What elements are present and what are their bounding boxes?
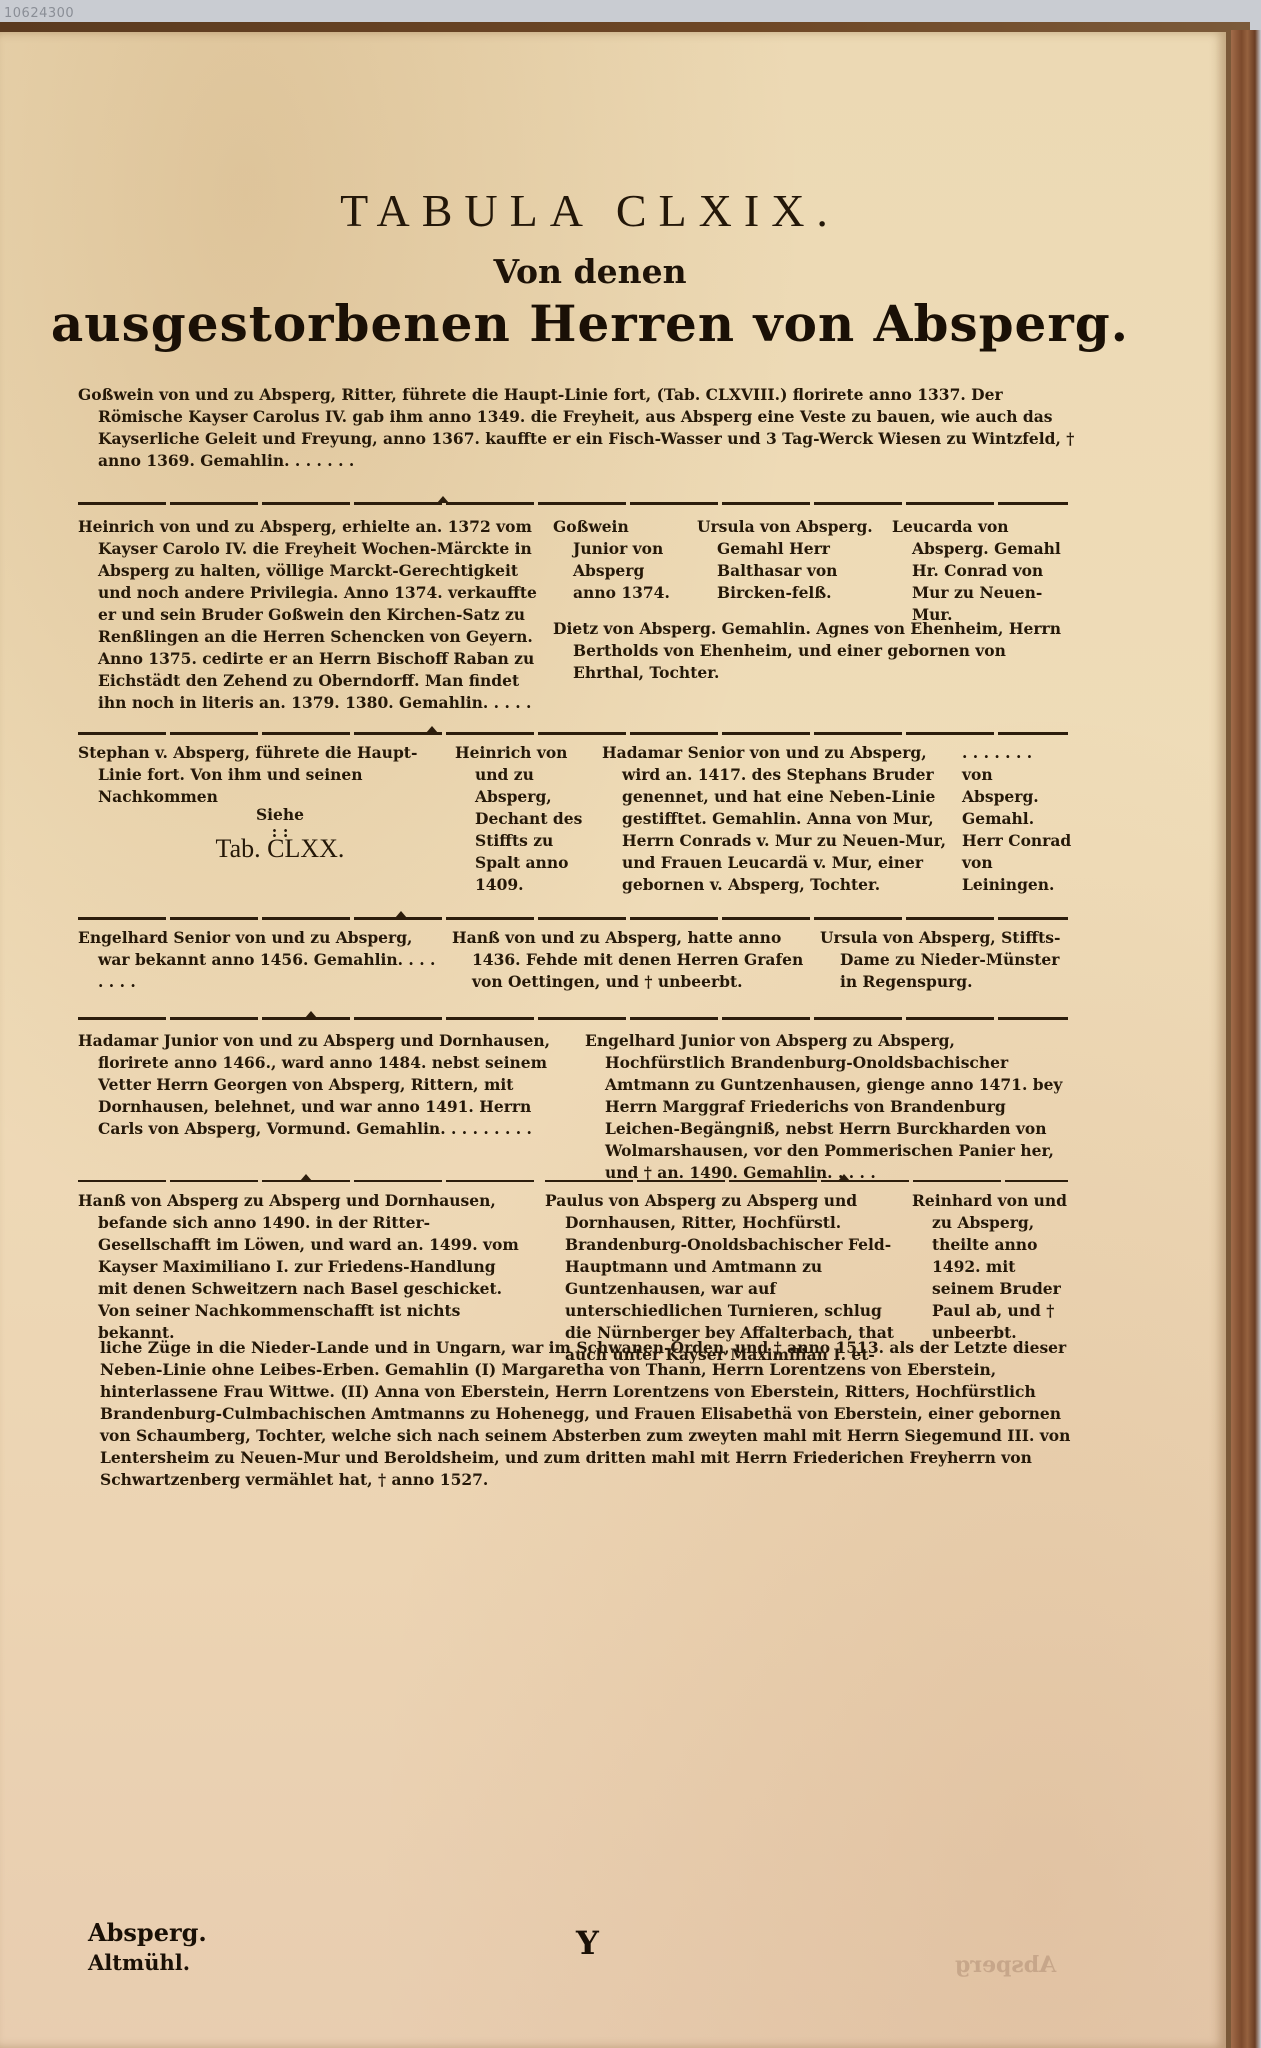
entry-engelhard-junior: Engelhard Junior von Absperg zu Absperg,… — [585, 1030, 1075, 1184]
entry-hadamar-senior: Hadamar Senior von und zu Absperg, wird … — [602, 742, 952, 896]
title-subtitle: Von denen — [0, 252, 1180, 291]
entry-stephan: Stephan v. Absperg, führete die Haupt-Li… — [78, 742, 438, 808]
entry-ursula-stifftsdame: Ursula von Absperg, Stiffts-Dame zu Nied… — [820, 927, 1080, 993]
entry-heinrich-dechant: Heinrich von und zu Absperg, Dechant des… — [455, 742, 583, 896]
generation-rule — [78, 1017, 1068, 1020]
catchword-altmuehl: Altmühl. — [88, 1948, 207, 1978]
generation-rule — [78, 502, 1068, 505]
entry-hadamar-junior: Hadamar Junior von und zu Absperg und Do… — [78, 1030, 558, 1140]
rule-caret — [426, 726, 438, 733]
entry-gosswein-junior: Goßwein Junior von Absperg anno 1374. — [553, 516, 681, 604]
catchword-absperg: Absperg. — [88, 1918, 207, 1948]
see-reference: Siehe : : Tab. CLXX. — [160, 804, 400, 860]
tabula-number: TABULA CLXIX. — [0, 184, 1180, 237]
generation-rule-right — [545, 1180, 1068, 1182]
generation-rule — [78, 732, 1068, 735]
entry-hanss-dornhausen: Hanß von Absperg zu Absperg und Dornhaus… — [78, 1190, 528, 1344]
entry-reinhard: Reinhard von und zu Absperg, theilte ann… — [912, 1190, 1077, 1344]
rule-caret — [300, 1174, 312, 1181]
entry-ursula: Ursula von Absperg. Gemahl Herr Balthasa… — [697, 516, 885, 604]
rule-caret — [838, 1174, 850, 1181]
entry-unnamed-daughter: . . . . . . . von Absperg. Gemahl. Herr … — [962, 742, 1074, 896]
entry-heinrich: Heinrich von und zu Absperg, erhielte an… — [78, 516, 538, 714]
entry-engelhard-senior: Engelhard Senior von und zu Absperg, war… — [78, 927, 438, 993]
generation-rule — [78, 917, 1068, 920]
entry-leucarda: Leucarda von Absperg. Gemahl Hr. Conrad … — [892, 516, 1070, 626]
signature-mark: Y — [576, 1924, 599, 1962]
rule-caret — [305, 1011, 317, 1018]
catchwords: Absperg. Altmühl. — [88, 1918, 207, 1978]
family-title: ausgestorbenen Herren von Absperg. — [0, 294, 1180, 353]
document-page: TABULA CLXIX. Von denen ausgestorbenen H… — [0, 32, 1226, 2048]
entry-paulus-continued: liche Züge in die Nieder-Lande und in Un… — [100, 1337, 1075, 1491]
unnamed-text: von Absperg. Gemahl. Herr Conrad von Lei… — [962, 764, 1074, 896]
bleed-through-text: Absperg — [955, 1952, 1056, 1978]
entry-hanss: Hanß von und zu Absperg, hatte anno 1436… — [452, 927, 812, 993]
see-table-link[interactable]: Tab. CLXX. — [160, 838, 400, 860]
page-fore-edge — [1231, 30, 1261, 2048]
rule-caret — [395, 911, 407, 918]
rule-caret — [437, 496, 449, 503]
scan-id-label: 10624300 — [4, 6, 74, 21]
entry-dietz: Dietz von Absperg. Gemahlin. Agnes von E… — [553, 618, 1073, 684]
unnamed-dots: . . . . . . . — [962, 742, 1074, 764]
entry-gosswein: Goßwein von und zu Absperg, Ritter, führ… — [78, 384, 1078, 472]
